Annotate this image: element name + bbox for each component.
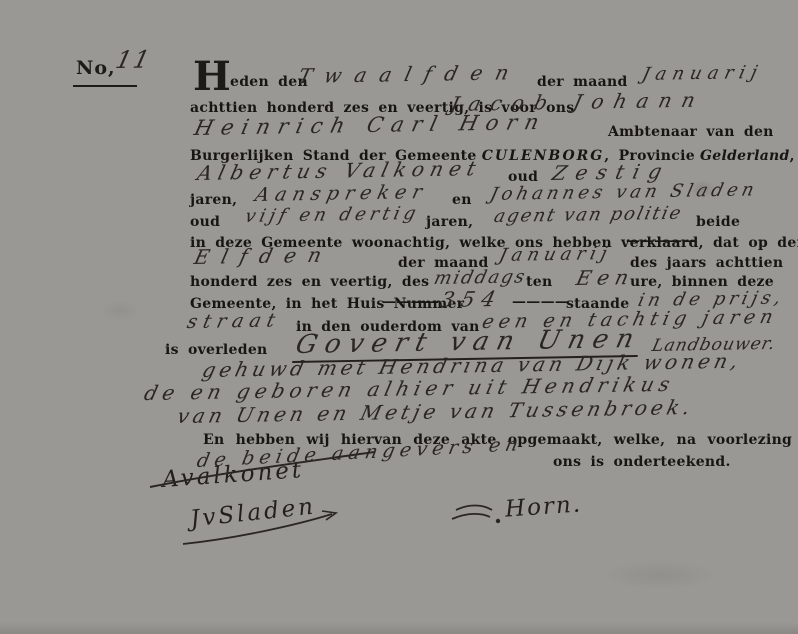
daypart-script: middags [432,266,529,289]
print-ambtenaar: Ambtenaar van den [608,124,774,140]
death-certificate-scan: No, 11 H eden den Twaalfden der maand Ja… [0,0,798,634]
print-jaren-1: jaren, [190,192,237,208]
print-is-overleden: is overleden [165,342,268,358]
act-line-1: H eden den Twaalfden der maand Januarij [0,62,798,88]
print-oud-2: oud [190,214,220,230]
act-line-18: de beide aangevers en ons is onderteeken… [0,450,798,476]
print-en: en [452,192,472,208]
paper-bottom-edge [0,622,798,634]
printed-rule-3: ———— [512,294,569,310]
death-hour-script: Een [574,265,637,290]
print-closing-2: ons is onderteekend. [553,454,731,470]
signature2-arrow-flourish [322,511,336,520]
registrar-name-script-2: Heinrich Carl Horn [192,110,549,140]
house-number: 354 [438,287,505,312]
declarant1-occupation: Aanspreker [253,181,430,206]
print-beide: beide [696,214,740,230]
registrar-prefix-stroke-1 [456,505,492,510]
printed-rule-2: ———— [382,294,439,310]
print-honderd-veertig-des: honderd zes en veertig, des [190,274,429,290]
scan-smudge [600,560,720,590]
declarant2-occupation: agent van politie [492,203,685,227]
registrar-prefix-dot [496,519,500,523]
print-der-maand: der maand [537,74,628,90]
death-month-script: Januarij [497,243,614,266]
registration-day-script: Twaalfden [296,60,524,88]
print-verschenen: , verschenen [790,148,798,164]
declarant2-age: vijf en dertig [243,203,422,227]
signature-declarant2: JvSladen [189,493,317,532]
print-ten: ten [526,274,552,290]
registrar-prefix-stroke-2 [452,514,490,519]
print-jaren-2: jaren, [426,214,473,230]
registration-month-script: Januarij [640,62,765,85]
dropcap-h: H [193,62,231,92]
declarant1-name: Albertus Valkonet [195,156,484,185]
print-des-jaars: des jaars achttien [630,255,783,271]
declarant2-name: Johannes van Sladen [488,179,760,205]
signature-registrar: Horn. [504,491,583,522]
death-day-script: Elfden [192,243,336,269]
street-name-script-2: straat [185,309,283,333]
province-name: Gelderland [700,148,790,164]
